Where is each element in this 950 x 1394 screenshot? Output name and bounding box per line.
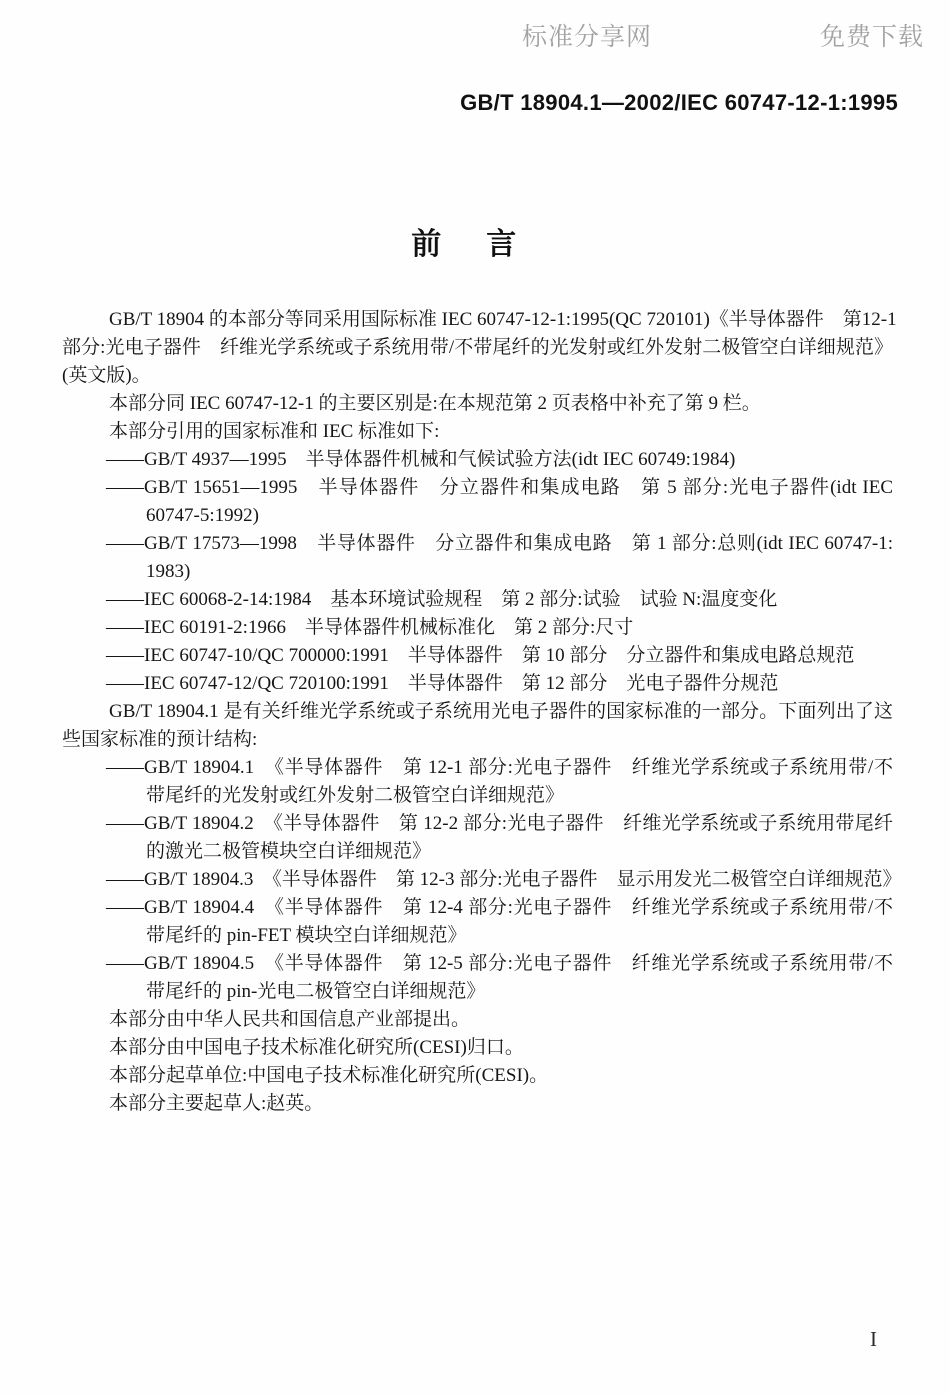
foreword-body: GB/T 18904 的本部分等同采用国际标准 IEC 60747-12-1:1… <box>62 306 893 1118</box>
text-line: 1983) <box>62 558 893 586</box>
document-page: 标准分享网 免费下载 GB/T 18904.1—2002/IEC 60747-1… <box>0 0 950 1394</box>
text-line: ——IEC 60191-2:1966 半导体器件机械标准化 第 2 部分:尺寸 <box>62 614 893 642</box>
text-line: 带尾纤的 pin-光电二极管空白详细规范》 <box>62 978 893 1006</box>
text-line: ——GB/T 15651—1995 半导体器件 分立器件和集成电路 第 5 部分… <box>62 474 893 502</box>
text-line: ——IEC 60747-12/QC 720100:1991 半导体器件 第 12… <box>62 670 893 698</box>
foreword-title: 前言 <box>0 219 950 263</box>
text-line: ——GB/T 18904.2 《半导体器件 第 12-2 部分:光电子器件 纤维… <box>62 810 893 838</box>
text-line: ——GB/T 18904.4 《半导体器件 第 12-4 部分:光电子器件 纤维… <box>62 894 893 922</box>
text-line: 60747-5:1992) <box>62 502 893 530</box>
standard-number: GB/T 18904.1—2002/IEC 60747-12-1:1995 <box>460 90 898 116</box>
text-line: 本部分由中华人民共和国信息产业部提出。 <box>62 1006 893 1034</box>
text-line: ——GB/T 18904.3 《半导体器件 第 12-3 部分:光电子器件 显示… <box>62 866 893 894</box>
text-line: GB/T 18904.1 是有关纤维光学系统或子系统用光电子器件的国家标准的一部… <box>62 698 893 726</box>
page-number: I <box>870 1327 877 1352</box>
text-line: ——GB/T 17573—1998 半导体器件 分立器件和集成电路 第 1 部分… <box>62 530 893 558</box>
text-line: 本部分起草单位:中国电子技术标准化研究所(CESI)。 <box>62 1062 893 1090</box>
text-line: 带尾纤的光发射或红外发射二极管空白详细规范》 <box>62 782 893 810</box>
text-line: 本部分同 IEC 60747-12-1 的主要区别是:在本规范第 2 页表格中补… <box>62 390 893 418</box>
text-line: 的激光二极管模块空白详细规范》 <box>62 838 893 866</box>
text-line: 带尾纤的 pin-FET 模块空白详细规范》 <box>62 922 893 950</box>
text-line: ——IEC 60747-10/QC 700000:1991 半导体器件 第 10… <box>62 642 893 670</box>
watermark-download: 免费下载 <box>820 17 924 53</box>
text-line: ——GB/T 18904.1 《半导体器件 第 12-1 部分:光电子器件 纤维… <box>62 754 893 782</box>
text-line: 本部分主要起草人:赵英。 <box>62 1090 893 1118</box>
text-line: 些国家标准的预计结构: <box>62 726 893 754</box>
text-line: 本部分引用的国家标准和 IEC 标准如下: <box>62 418 893 446</box>
watermark-site-name: 标准分享网 <box>522 17 652 53</box>
text-line: ——GB/T 4937—1995 半导体器件机械和气候试验方法(idt IEC … <box>62 446 893 474</box>
text-line: ——IEC 60068-2-14:1984 基本环境试验规程 第 2 部分:试验… <box>62 586 893 614</box>
text-line: 部分:光电子器件 纤维光学系统或子系统用带/不带尾纤的光发射或红外发射二极管空白… <box>62 334 893 362</box>
text-line: GB/T 18904 的本部分等同采用国际标准 IEC 60747-12-1:1… <box>62 306 893 334</box>
text-line: (英文版)。 <box>62 362 893 390</box>
text-line: ——GB/T 18904.5 《半导体器件 第 12-5 部分:光电子器件 纤维… <box>62 950 893 978</box>
text-line: 本部分由中国电子技术标准化研究所(CESI)归口。 <box>62 1034 893 1062</box>
